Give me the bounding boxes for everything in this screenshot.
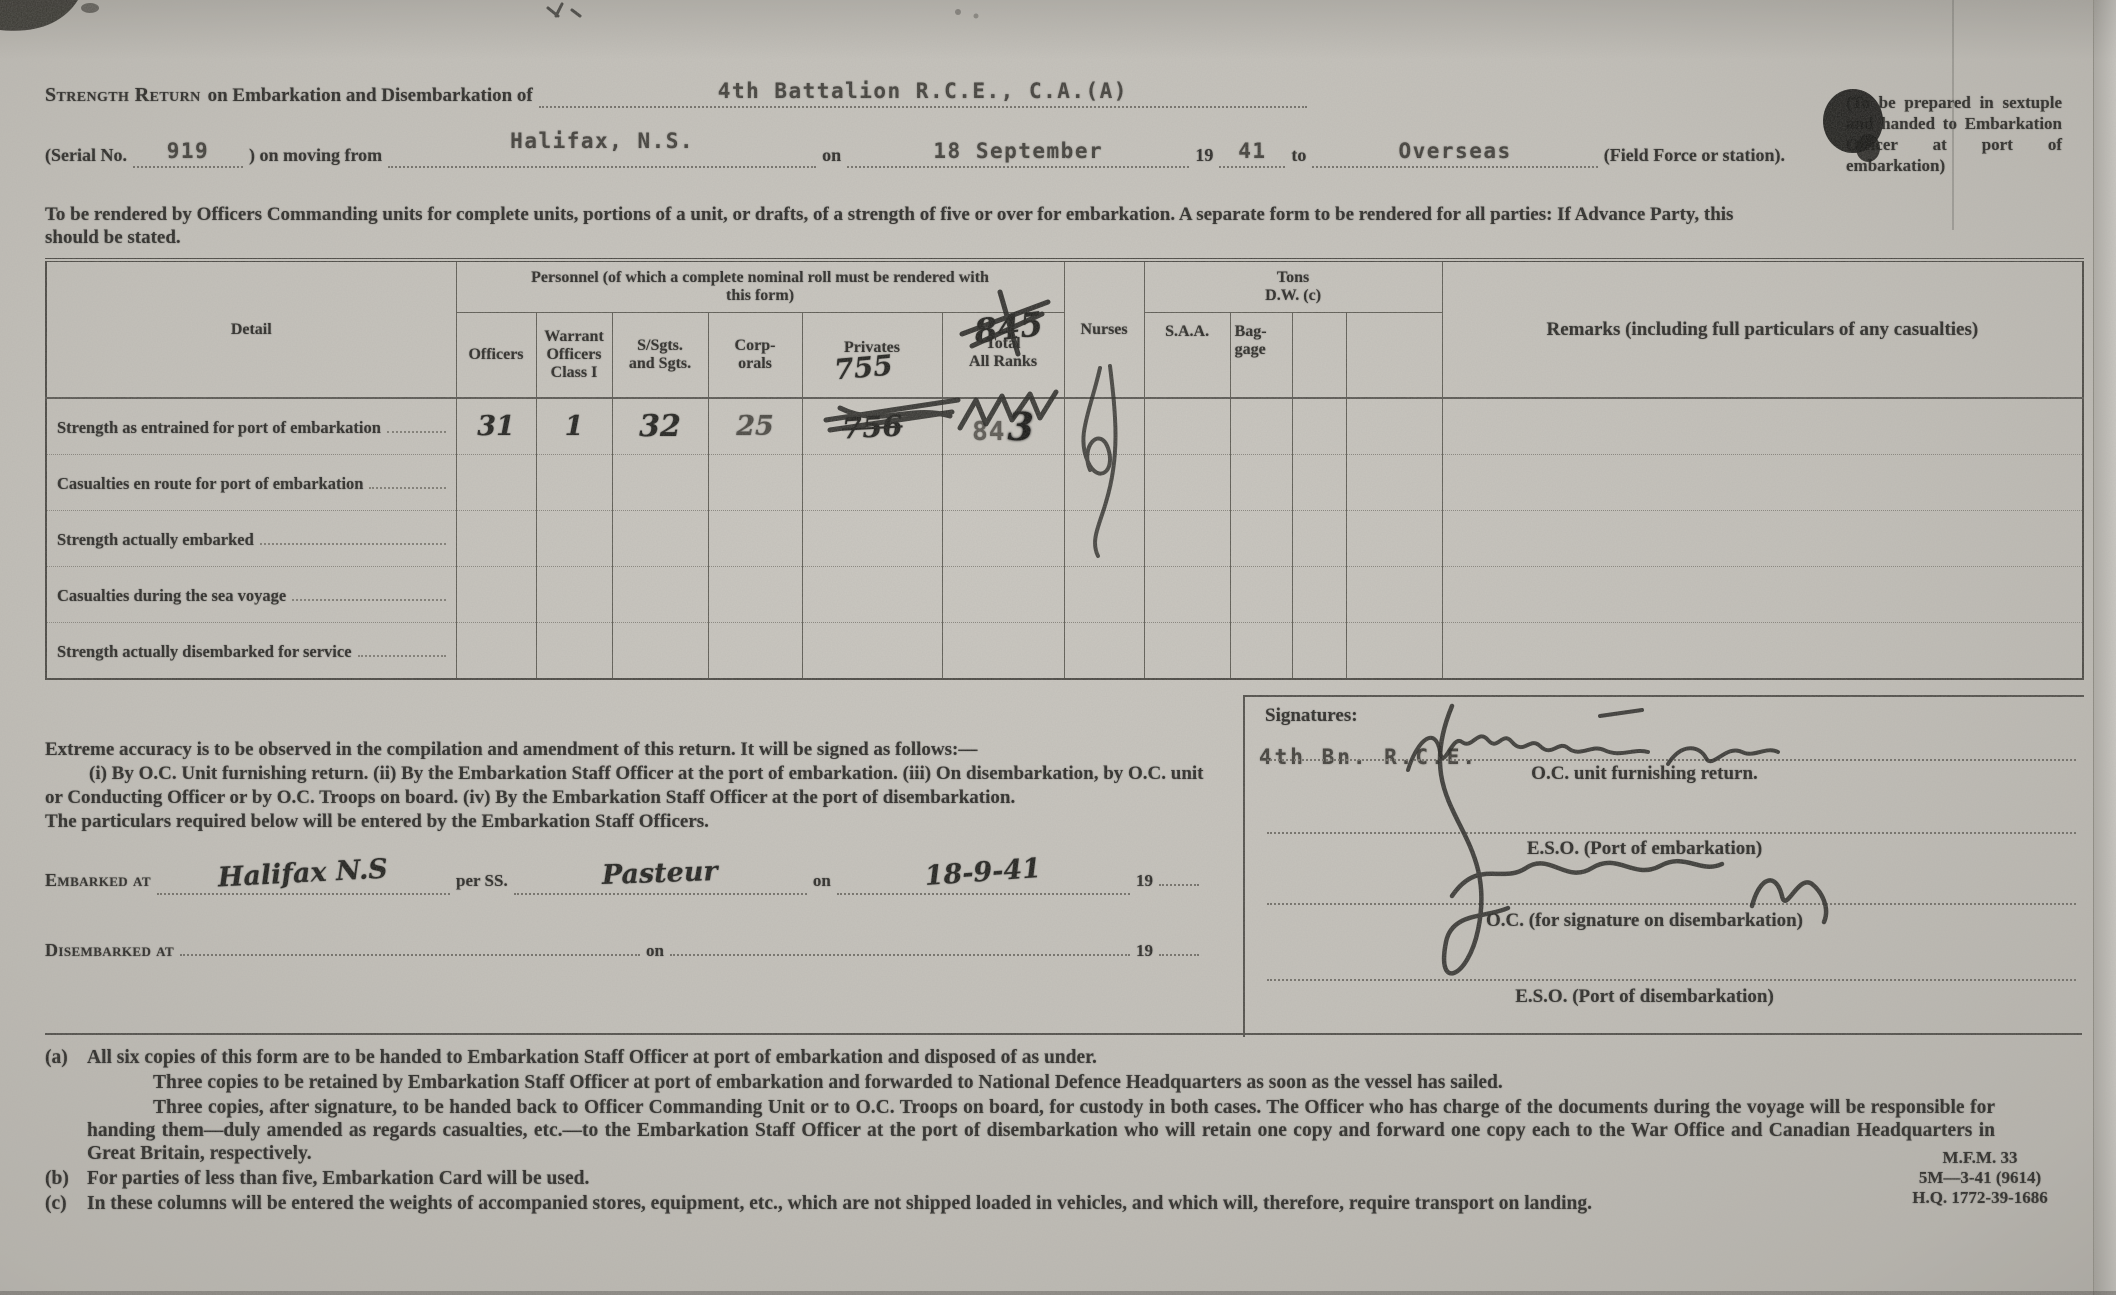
col-warrant-officers: Warrant Officers Class I	[536, 312, 612, 398]
accuracy-p2: (i) By O.C. Unit furnishing return. (ii)…	[45, 762, 1210, 810]
paper-crease	[1952, 0, 1954, 230]
remarks-value-cell	[1442, 398, 2083, 455]
moving-from-label: ) on moving from	[249, 145, 382, 166]
disembarked-on-label: on	[646, 941, 664, 961]
dotted-leader	[369, 471, 445, 489]
disembarked-line: Disembarked at on 19	[45, 928, 1205, 961]
col-officers: Officers	[456, 312, 536, 398]
form-code-mfm: M.F.M. 33	[1880, 1148, 2080, 1168]
serial-underline: 919	[133, 140, 243, 168]
col-total-all-ranks: 845 Total All Ranks	[942, 312, 1064, 398]
embarked-label: Embarked at	[45, 870, 151, 891]
scan-top-shadow	[0, 0, 2116, 60]
signatures-panel: Signatures: 4th Bn. R.C.E. O.C. unit fur…	[1243, 695, 2084, 1037]
scanned-strength-return-form: Strength Return on Embarkation and Disem…	[0, 0, 2116, 1295]
unit-name-value: 4th Battalion R.C.E., C.A.(A)	[718, 79, 1128, 103]
officers-value: 31	[456, 398, 536, 455]
col-tons-blank-1	[1292, 312, 1346, 398]
dotted-leader	[387, 415, 446, 433]
disembark-date-underline	[670, 928, 1130, 956]
signature-line-2	[1267, 832, 2076, 834]
serial-label: (Serial No.	[45, 145, 127, 166]
signature-line-4	[1267, 979, 2076, 981]
embark-date-underline: 18-9-41	[837, 867, 1130, 895]
footnote-a-intro: All six copies of this form are to be ha…	[87, 1046, 1995, 1069]
embark-date-value: 18-9-41	[924, 853, 1042, 892]
row-label: Strength actually disembarked for servic…	[57, 642, 352, 662]
col-corporals: Corp- orals	[708, 312, 802, 398]
table-row: Strength actually disembarked for servic…	[46, 623, 2083, 680]
col-saa: S.A.A.	[1144, 312, 1230, 398]
scan-bottom-edge	[0, 1291, 2116, 1295]
embarked-place-value: Halifax N.S	[218, 854, 389, 894]
footnote-a-sub2: Three copies, after signature, to be han…	[87, 1096, 1995, 1165]
row-label: Casualties en route for port of embarkat…	[57, 474, 363, 494]
year-prefix: 19	[1195, 145, 1213, 166]
signature-label-oc-unit: O.C. unit furnishing return.	[1245, 763, 2044, 785]
nurses-value-cell	[1064, 398, 1144, 455]
footnote-b-marker: (b)	[45, 1167, 87, 1192]
col-tons-blank-2	[1346, 312, 1442, 398]
footnote-a-sub1: Three copies to be retained by Embarkati…	[87, 1071, 1995, 1094]
accuracy-p1: Extreme accuracy is to be observed in th…	[45, 739, 977, 760]
embark-year-underline	[1159, 858, 1199, 886]
row-label: Strength as entrained for port of embark…	[57, 418, 381, 438]
row-label: Casualties during the sea voyage	[57, 586, 286, 606]
year-value: 41	[1238, 139, 1266, 163]
privates-value-cell: 756	[802, 398, 942, 455]
disembarked-place-underline	[180, 928, 640, 956]
table-row: Strength as entrained for port of embark…	[46, 398, 2083, 455]
origin-value: Halifax, N.S.	[510, 129, 694, 153]
table-row: Casualties en route for port of embarkat…	[46, 455, 2083, 511]
serial-line: (Serial No. 919 ) on moving from Halifax…	[45, 140, 1785, 168]
col-baggage: Bag- gage	[1230, 312, 1292, 398]
col-ssgts: S/Sgts. and Sgts.	[612, 312, 708, 398]
corporals-value: 25	[708, 398, 802, 455]
signature-line-3	[1267, 903, 2076, 905]
accuracy-paragraph: Extreme accuracy is to be observed in th…	[45, 738, 1210, 834]
footnote-a-marker: (a)	[45, 1046, 87, 1167]
dotted-leader	[260, 527, 446, 545]
tons-group-header: Tons D.W. (c)	[1144, 260, 1442, 312]
form-code-hq: H.Q. 1772-39-1686	[1880, 1188, 2080, 1208]
station-label: (Field Force or station).	[1604, 145, 1785, 166]
saa-value-cell	[1144, 398, 1230, 455]
signature-line-1	[1267, 759, 2076, 761]
footnotes: (a) All six copies of this form are to b…	[45, 1046, 1995, 1217]
nurses-header: Nurses	[1064, 260, 1144, 398]
dotted-leader	[292, 583, 445, 601]
personnel-group-header: Personnel (of which a complete nominal r…	[456, 260, 1064, 312]
strength-table: Detail Personnel (of which a complete no…	[45, 258, 2084, 680]
disembark-year-underline	[1159, 928, 1199, 956]
col-privates: Privates 755	[802, 312, 942, 398]
ship-value: Pasteur	[602, 856, 719, 891]
date-underline: 18 September	[847, 140, 1189, 168]
total-value-cell: 843	[942, 398, 1064, 455]
year-underline: 41	[1219, 140, 1285, 168]
accuracy-p3: The particulars required below will be e…	[45, 810, 1210, 834]
embarked-on-label: on	[813, 871, 831, 891]
per-ss-label: per SS.	[456, 871, 508, 891]
row-label: Strength actually embarked	[57, 530, 254, 550]
footnote-c-text: In these columns will be entered the wei…	[87, 1192, 1995, 1215]
form-title-rest: on Embarkation and Disembarkation of	[208, 85, 533, 107]
footnote-divider	[45, 1033, 2082, 1035]
on-label: on	[822, 145, 841, 166]
ship-underline: Pasteur	[514, 867, 807, 895]
sextuple-note: (To be prepared in sextuple and handed t…	[1846, 92, 2062, 176]
to-label: to	[1291, 145, 1306, 166]
table-row: Casualties during the sea voyage	[46, 567, 2083, 623]
total-hand-digit: 3	[1007, 404, 1033, 449]
form-title-smallcaps: Strength Return	[45, 84, 201, 107]
total-crossed-out-value: 845	[955, 307, 1061, 349]
signature-label-oc-disembark: O.C. (for signature on disembarkation)	[1245, 910, 2044, 932]
origin-underline: Halifax, N.S.	[388, 140, 816, 168]
remarks-header: Remarks (including full particulars of a…	[1442, 260, 2083, 398]
signature-label-eso-disembark: E.S.O. (Port of disembarkation)	[1245, 986, 2044, 1008]
form-code-print-run: 5M—3-41 (9614)	[1880, 1168, 2080, 1188]
total-typed-value: 84	[972, 417, 1005, 447]
destination-underline: Overseas	[1312, 140, 1597, 168]
disembark-year-prefix: 19	[1136, 941, 1153, 961]
footnote-c-marker: (c)	[45, 1192, 87, 1217]
footnote-a: (a) All six copies of this form are to b…	[45, 1046, 1995, 1167]
footnote-b: (b) For parties of less than five, Embar…	[45, 1167, 1995, 1192]
destination-value: Overseas	[1398, 139, 1511, 163]
serial-value: 919	[167, 139, 209, 163]
date-value: 18 September	[933, 139, 1103, 163]
render-instruction: To be rendered by Officers Commanding un…	[45, 203, 1775, 249]
embarked-place-underline: Halifax N.S	[157, 867, 450, 895]
embarked-line: Embarked at Halifax N.S per SS. Pasteur …	[45, 858, 1205, 895]
footnote-b-text: For parties of less than five, Embarkati…	[87, 1167, 1995, 1190]
ssgts-value: 32	[612, 398, 708, 455]
form-title-line: Strength Return on Embarkation and Disem…	[45, 80, 1313, 108]
scan-right-edge	[2093, 0, 2116, 1295]
dotted-leader	[358, 639, 446, 657]
table-row: Strength actually embarked	[46, 511, 2083, 567]
warrant-officers-value: 1	[536, 398, 612, 455]
embark-year-prefix: 19	[1136, 871, 1153, 891]
footnote-c: (c) In these columns will be entered the…	[45, 1192, 1995, 1217]
signatures-heading: Signatures:	[1265, 705, 1358, 727]
detail-header: Detail	[46, 260, 456, 398]
signature-label-eso-embark: E.S.O. (Port of embarkation)	[1245, 838, 2044, 860]
privates-struck-value: 756	[841, 408, 903, 445]
disembarked-label: Disembarked at	[45, 940, 174, 961]
form-codes: M.F.M. 33 5M—3-41 (9614) H.Q. 1772-39-16…	[1880, 1148, 2080, 1208]
unit-name-underline: 4th Battalion R.C.E., C.A.(A)	[539, 80, 1307, 108]
